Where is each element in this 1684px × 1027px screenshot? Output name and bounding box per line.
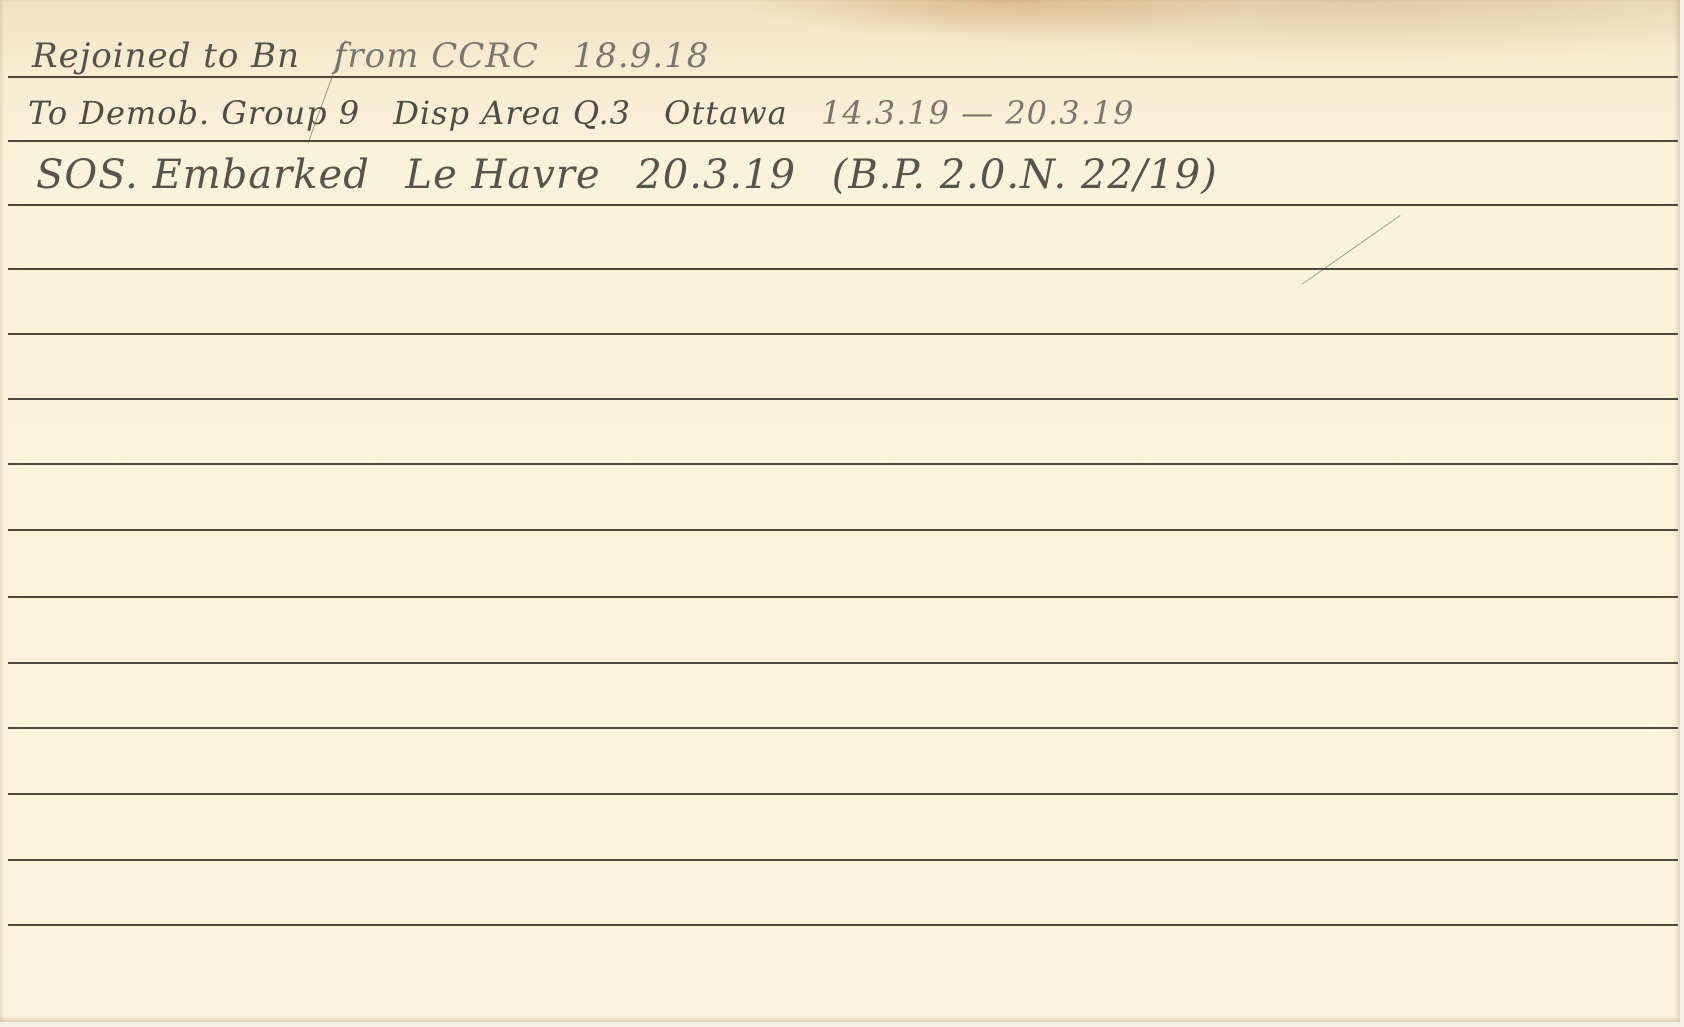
entry-embarked-action: SOS. Embarked	[36, 152, 370, 198]
entry-demob-dates: 14.3.19 — 20.3.19	[821, 94, 1135, 132]
ruled-line-10	[8, 662, 1678, 664]
ruled-line-14	[8, 924, 1678, 926]
entry-demob-place: Ottawa	[664, 94, 788, 132]
ruled-line-1	[8, 76, 1678, 78]
entry-rejoined-source: from CCRC	[334, 36, 539, 76]
ruled-line-5	[8, 333, 1678, 335]
ruled-line-11	[8, 727, 1678, 729]
ruled-line-4	[8, 268, 1678, 270]
ruled-line-2	[8, 140, 1678, 142]
pen-stroke-2	[1302, 215, 1401, 285]
record-card: Rejoined to Bn from CCRC 18.9.18 To Demo…	[0, 0, 1680, 1022]
ruled-line-12	[8, 793, 1678, 795]
entry-rejoined: Rejoined to Bn from CCRC 18.9.18	[32, 36, 731, 76]
entry-embarked: SOS. Embarked Le Havre 20.3.19 (B.P. 2.0…	[36, 152, 1240, 198]
ruled-line-8	[8, 529, 1678, 531]
entry-demob: To Demob. Group 9 Disp Area Q.3 Ottawa 1…	[28, 94, 1156, 132]
ruled-line-7	[8, 463, 1678, 465]
ruled-line-9	[8, 596, 1678, 598]
entry-embarked-port: Le Havre	[406, 152, 601, 198]
ruled-line-3	[8, 204, 1678, 206]
entry-demob-group: To Demob. Group 9	[28, 94, 360, 132]
entry-rejoined-action: Rejoined to Bn	[32, 36, 300, 76]
entry-demob-area: Disp Area Q.3	[393, 94, 631, 132]
ruled-line-6	[8, 398, 1678, 400]
ruled-line-13	[8, 859, 1678, 861]
entry-embarked-date: 20.3.19	[636, 152, 796, 198]
entry-embarked-reference: (B.P. 2.0.N. 22/19)	[832, 152, 1218, 198]
entry-rejoined-date: 18.9.18	[573, 36, 710, 76]
